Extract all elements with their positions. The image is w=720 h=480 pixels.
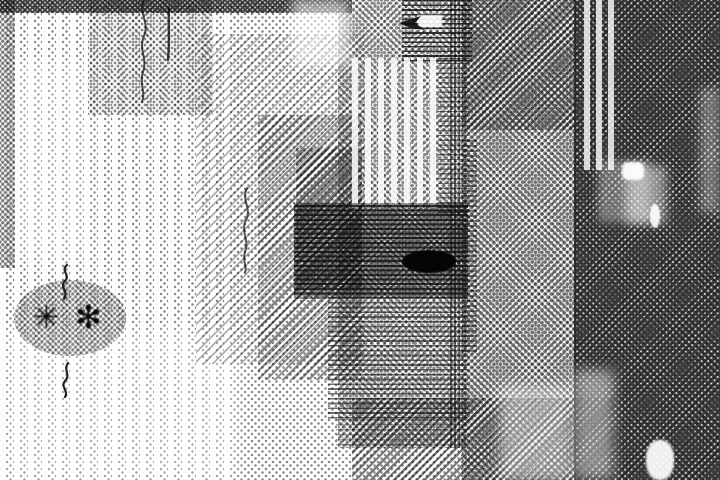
region-white-small-mark xyxy=(650,204,660,228)
region-right-dark-panel-weave xyxy=(574,0,720,480)
region-left-white-streaks xyxy=(0,0,235,480)
region-diagonal-streak-dense xyxy=(258,115,362,380)
region-right-panel-wash xyxy=(598,160,650,222)
region-bottom-center-dense xyxy=(352,398,614,480)
region-right-edge-wash xyxy=(700,88,720,213)
region-base-dot-grid xyxy=(0,0,720,480)
region-white-splatter xyxy=(646,440,674,480)
region-right-light-strip xyxy=(584,0,614,170)
arrowhead-mark xyxy=(398,14,426,32)
region-diagonal-streak-field xyxy=(196,34,364,364)
region-white-notch xyxy=(418,15,442,27)
squiggle-mark-lower xyxy=(60,362,72,398)
region-right-dark-panel-dots xyxy=(574,0,720,480)
region-right-panel-light-wedge xyxy=(626,166,666,224)
region-scanline-band-bottom xyxy=(328,297,468,419)
region-dark-smear-dots xyxy=(294,203,468,299)
region-mid-column-dots xyxy=(462,0,576,480)
region-mid-left-lighten xyxy=(0,60,90,260)
region-band-mid-white-streaks xyxy=(352,58,440,208)
region-white-triangle-patch xyxy=(622,162,644,180)
region-scanline-band-underlay xyxy=(338,0,466,448)
halftone-texture-canvas: ✳✻ xyxy=(0,0,720,480)
ink-star-mark-right: ✻ xyxy=(75,301,102,333)
squiggle-mark-upper xyxy=(58,264,72,300)
region-star-marks-halo xyxy=(14,280,126,356)
ink-star-mark-left: ✳ xyxy=(33,301,60,333)
region-black-blob xyxy=(402,250,456,273)
region-mid-column-top-zigzag xyxy=(462,0,574,130)
region-bottom-left-lighten xyxy=(0,330,240,480)
region-diagonal-streak-darkest xyxy=(296,148,362,288)
region-upper-left-speckle xyxy=(88,0,213,115)
region-scanline-band-fade xyxy=(336,419,468,447)
wavy-line-center xyxy=(238,188,254,272)
region-mid-column-left-strip xyxy=(462,140,477,352)
vertical-dash-mark xyxy=(166,8,172,60)
region-dark-smear-scanlines xyxy=(294,205,468,297)
region-left-edge-darker xyxy=(0,0,15,268)
region-top-center-wash xyxy=(292,0,350,66)
region-right-panel-bottom-lighten xyxy=(574,370,614,480)
region-mid-bottom-lighten xyxy=(500,385,570,480)
region-scanline-band-upper-right xyxy=(438,58,468,213)
wavy-line-upper-left xyxy=(134,0,152,102)
region-scanline-band-top xyxy=(402,0,472,63)
region-top-dark-strip xyxy=(0,0,352,13)
region-band-right-edge-line xyxy=(450,0,462,448)
